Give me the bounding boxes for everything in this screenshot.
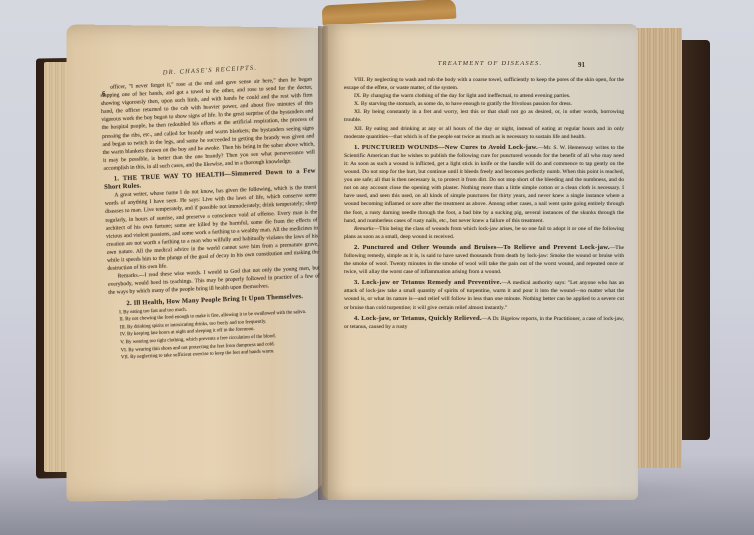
right-intro-item: XII. By eating and drinking at any or al… [344,125,624,141]
right-section-heading: 2. Punctured and Other Wounds and Bruise… [354,244,610,251]
left-page-body: officer, "I never forgot it," rose at th… [100,75,323,362]
right-section: 2. Punctured and Other Wounds and Bruise… [344,244,624,276]
right-section: Remarks—This being the class of wounds f… [344,225,624,241]
right-section: 4. Lock-jaw, or Tetanus, Quickly Relieve… [344,315,624,331]
right-section-heading: Remarks [354,226,374,232]
right-section: 1. PUNCTURED WOUNDS—New Cures to Avoid L… [344,144,624,225]
right-section-heading: 1. PUNCTURED WOUNDS—New Cures to Avoid L… [354,144,538,151]
right-section-heading: 3. Lock-jaw or Tetanus Remedy and Preven… [354,279,501,286]
right-intro-item: IX. By changing the warm clothing of the… [344,92,624,100]
left-paragraph: officer, "I never forgot it," rose at th… [100,75,315,172]
left-section-paragraph: A great writer, whose name I do not know… [104,184,319,273]
right-intro-item: VIII. By neglecting to wash and rub the … [344,76,624,92]
right-page-body: VIII. By neglecting to wash and rub the … [344,76,624,331]
right-section-heading: 4. Lock-jaw, or Tetanus, Quickly Relieve… [354,315,482,322]
right-intro-item: XI. By being constantly in a fret and wo… [344,108,624,124]
right-running-head: Treatment of Diseases. [420,60,560,67]
bookmark-ribbon [322,0,457,25]
right-page-number: 91 [578,61,585,69]
right-intro-item: X. By starving the stomach, as some do, … [344,100,624,108]
right-section-text: —Mr. S. W. Hemenway writes to the Scient… [344,145,624,224]
right-section-text: —This being the class of wounds from whi… [344,226,624,240]
book-gutter [318,26,328,500]
right-section: 3. Lock-jaw or Tetanus Remedy and Preven… [344,279,624,311]
photo-scene: Dr. Chase's Receipts. 6 officer, "I neve… [0,0,754,535]
